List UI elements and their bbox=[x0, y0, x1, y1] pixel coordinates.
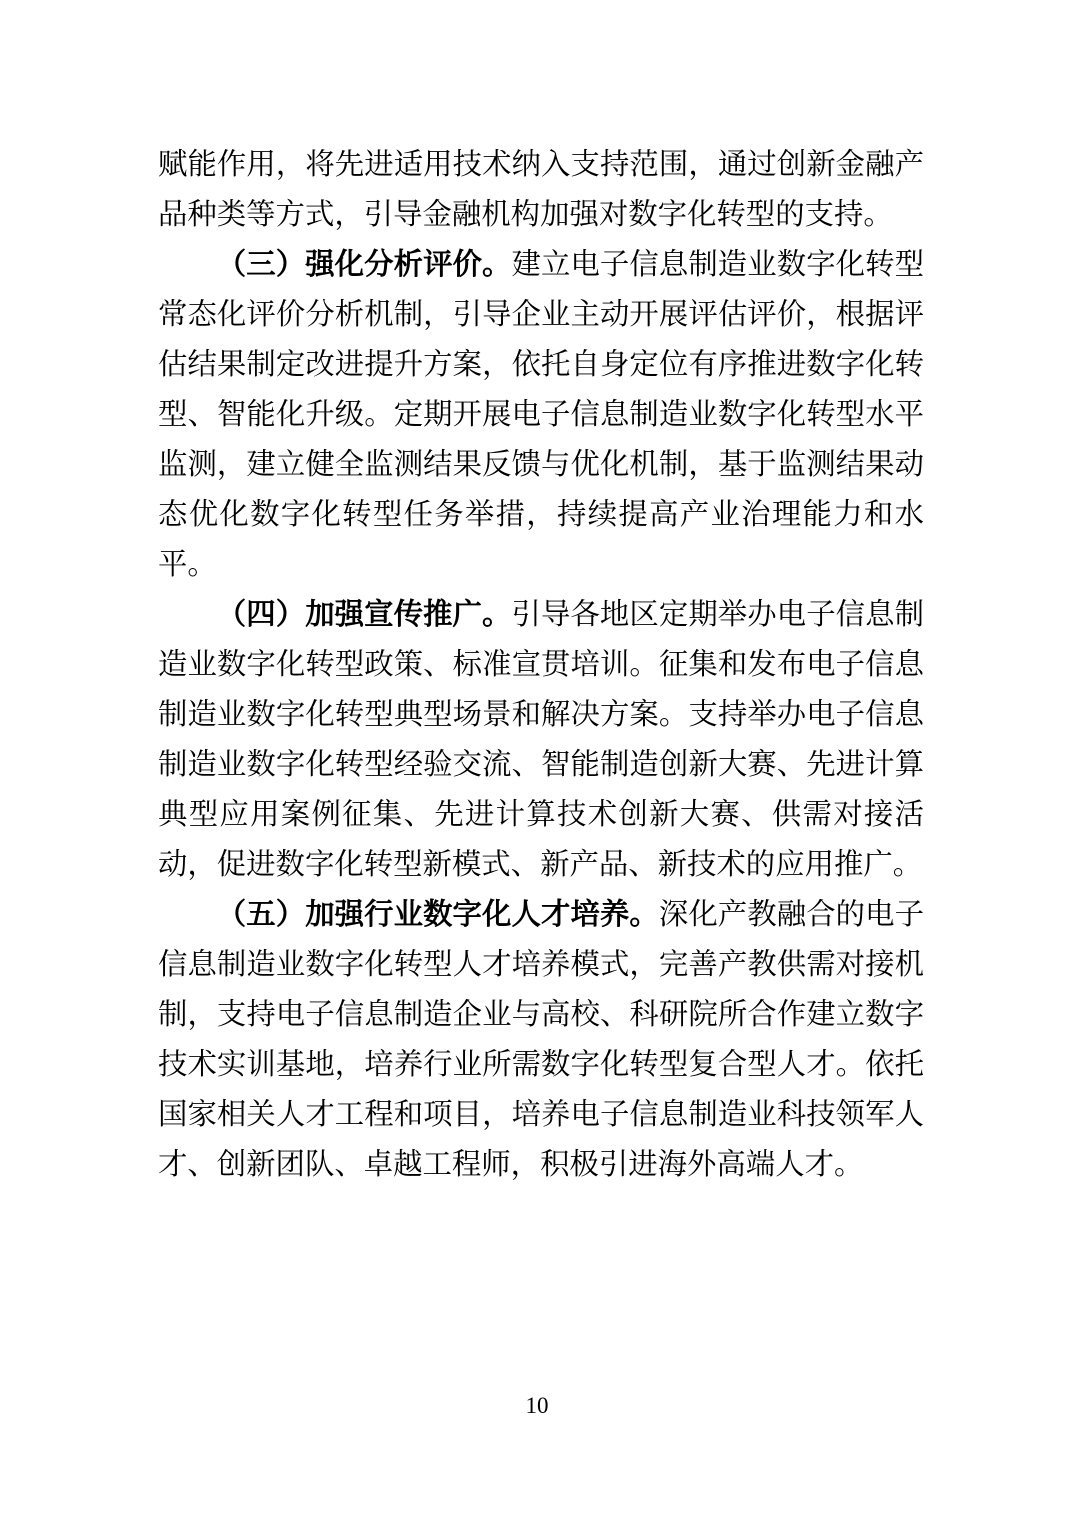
paragraph-text-run: 赋能作用，将先进适用技术纳入支持范围，通过创新金融产品种类等方式，引导金融机构加… bbox=[158, 149, 924, 231]
document-page: 赋能作用，将先进适用技术纳入支持范围，通过创新金融产品种类等方式，引导金融机构加… bbox=[0, 0, 1074, 1520]
paragraph: （三）强化分析评价。建立电子信息制造业数字化转型常态化评价分析机制，引导企业主动… bbox=[158, 240, 924, 590]
paragraph: （四）加强宣传推广。引导各地区定期举办电子信息制造业数字化转型政策、标准宣贯培训… bbox=[158, 590, 924, 890]
paragraph: 赋能作用，将先进适用技术纳入支持范围，通过创新金融产品种类等方式，引导金融机构加… bbox=[158, 140, 924, 240]
paragraph: （五）加强行业数字化人才培养。深化产教融合的电子信息制造业数字化转型人才培养模式… bbox=[158, 890, 924, 1190]
paragraph-text-run: 建立电子信息制造业数字化转型常态化评价分析机制，引导企业主动开展评估评价，根据评… bbox=[158, 249, 924, 581]
page-number: 10 bbox=[0, 1392, 1074, 1420]
paragraph-text-run: 深化产教融合的电子信息制造业数字化转型人才培养模式，完善产教供需对接机制，支持电… bbox=[158, 899, 924, 1181]
document-text-block: 赋能作用，将先进适用技术纳入支持范围，通过创新金融产品种类等方式，引导金融机构加… bbox=[158, 140, 924, 1190]
paragraph-heading-run: （三）强化分析评价。 bbox=[217, 249, 512, 281]
paragraph-text-run: 引导各地区定期举办电子信息制造业数字化转型政策、标准宣贯培训。征集和发布电子信息… bbox=[158, 599, 924, 881]
paragraph-heading-run: （五）加强行业数字化人才培养。 bbox=[217, 899, 659, 931]
paragraph-heading-run: （四）加强宣传推广。 bbox=[217, 599, 512, 631]
